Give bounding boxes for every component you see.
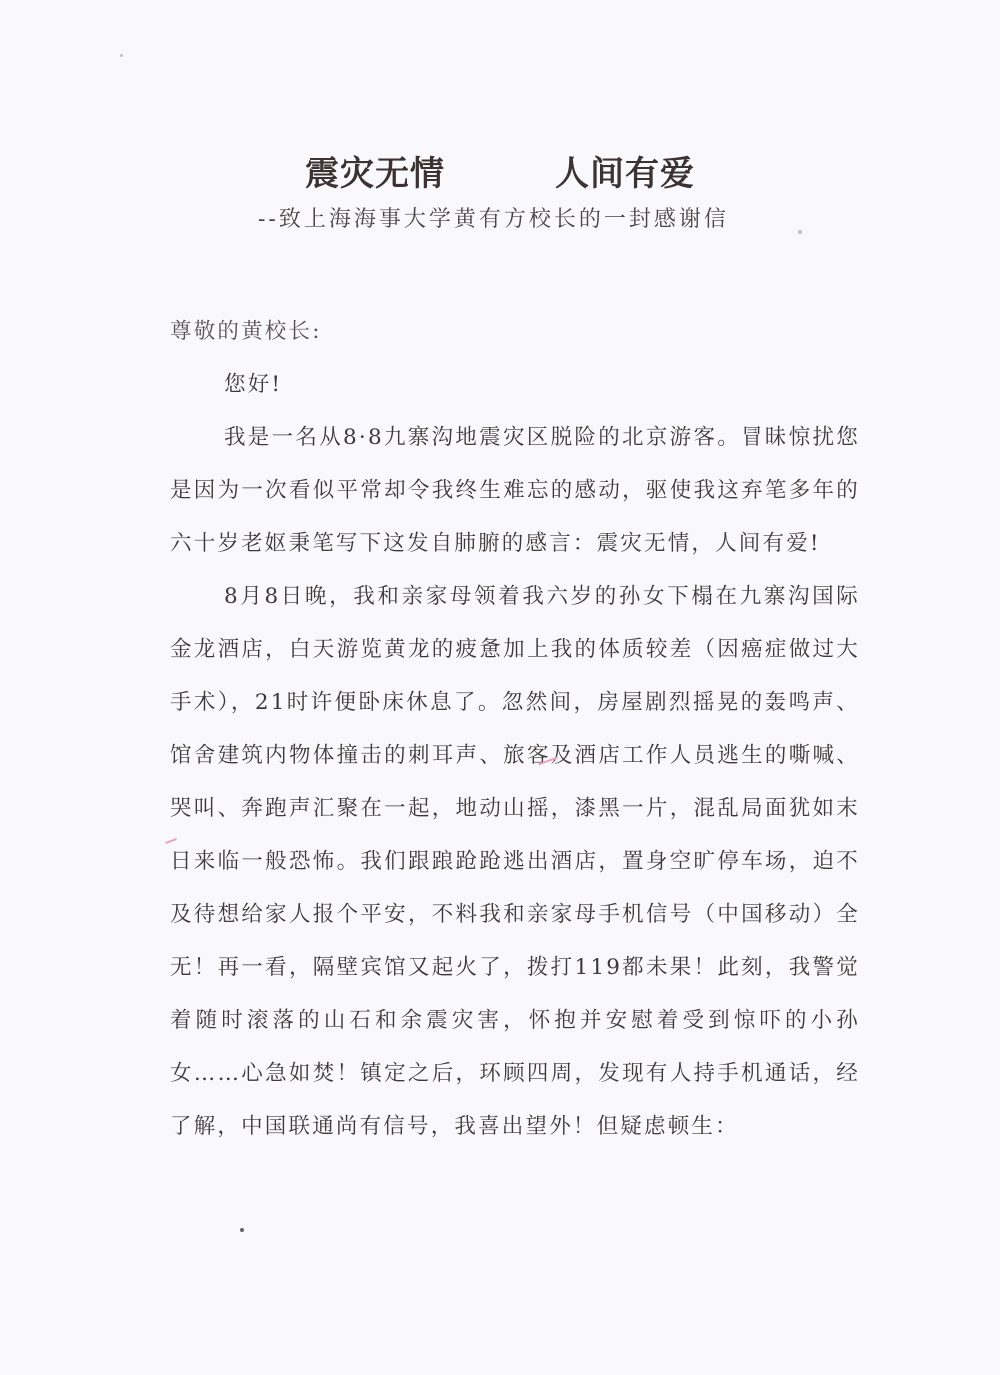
paragraph: 我是一名从8·8九寨沟地震灾区脱险的北京游客。冒昧惊扰您是因为一次看似平常却令我… — [170, 411, 860, 570]
letter-body: 尊敬的黄校长: 您好! 我是一名从8·8九寨沟地震灾区脱险的北京游客。冒昧惊扰您… — [170, 305, 860, 1153]
paragraph: 8月8日晚，我和亲家母领着我六岁的孙女下榻在九寨沟国际金龙酒店，白天游览黄龙的疲… — [170, 570, 860, 1153]
title-left: 震灾无情 — [305, 154, 445, 194]
scan-speck — [798, 230, 802, 234]
scan-speck — [120, 54, 123, 57]
letter-title: 震灾无情人间有爱 — [0, 146, 1000, 195]
salutation: 尊敬的黄校长: — [170, 305, 860, 358]
title-right: 人间有爱 — [555, 154, 695, 194]
letter-subtitle: --致上海海事大学黄有方校长的一封感谢信 — [258, 202, 729, 233]
scan-speck — [240, 1228, 244, 1232]
greeting: 您好! — [170, 358, 860, 411]
